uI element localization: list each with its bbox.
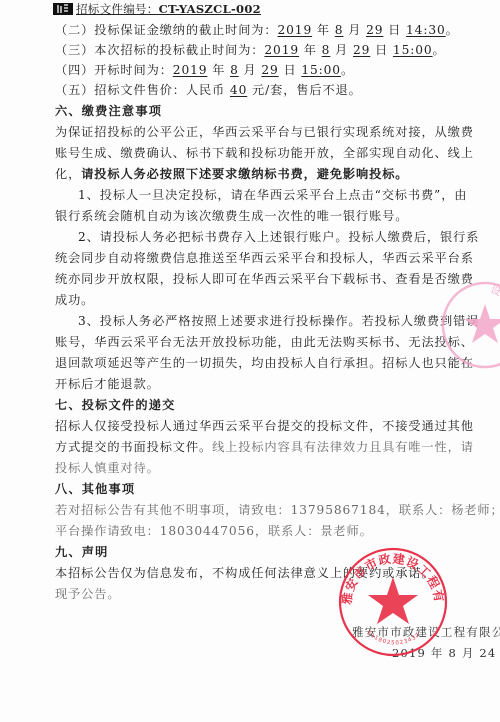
payment-step-2: 2、请投标人务必把标书费存入上述银行账户。投标人缴费后，银行系 (78, 229, 479, 245)
payment-step-3-cont: 开标后才能退款。 (55, 376, 160, 392)
payment-step-3-cont: 退回款项延迟等产生的一切损失，均由投标人自行承担。招标人也只能在 (55, 355, 474, 371)
contact-yang: 若对招标公告有其他不明事项，请致电：13795867184，联系人：杨老师； (55, 502, 500, 518)
schedule-bid-deadline: （三）本次招标的投标截止时间为：2019 年 8 月 29 日 15:00。 (55, 42, 446, 58)
svg-text:5118025023437: 5118025023437 (366, 630, 422, 646)
section-7-line: 投标人慎重对待。 (55, 460, 160, 476)
payment-step-2-cont: 统亦同步开放权限，投标人即可在华西云采平台下载标书、查看是否缴费 (55, 271, 474, 287)
section-8-title: 八、其他事项 (55, 481, 135, 497)
section-6-title: 六、缴费注意事项 (55, 103, 162, 119)
payment-step-3-cont: 账号，华西云采平台无法开放投标功能，由此无法购买标书、无法投标、 (55, 334, 474, 350)
section-6-intro-line: 为保证招投标的公平公正，华西云采平台与已银行实现系统对接，从缴费 (55, 124, 474, 140)
section-7-line: 方式提交的书面投标文件。线上投标内容具有法律效力且具有唯一性，请 (55, 439, 474, 455)
payment-step-2-cont: 统会同步自动将缴费信息推送至华西云采平台和投标人，华西云采平台系 (55, 250, 474, 266)
document-price: （五）招标文件售价：人民币 40 元/套，售后不退。 (55, 82, 362, 98)
payment-step-3: 3、投标人务必严格按照上述要求进行投标操作。若投标人缴费到错误 (78, 313, 479, 329)
payment-step-1: 1、投标人一旦决定投标，请在华西云采平台上点击“交标书费”，由 (78, 187, 467, 203)
section-6-intro-line: 化，请投标人务必按照下述要求缴纳标书费，避免影响投标。 (55, 166, 408, 182)
payment-step-1-cont: 银行系统会随机自动为该次缴费生成一次性的唯一银行账号。 (55, 208, 408, 224)
section-7-title: 七、投标文件的递交 (55, 397, 176, 413)
svg-text:设工程有限公司: 设工程有限公司 (489, 283, 500, 319)
company-logo-icon (53, 3, 73, 15)
payment-step-2-cont: 成功。 (55, 292, 94, 308)
schedule-opening-time: （四）开标时间为：2019 年 8 月 29 日 15:00。 (55, 62, 354, 78)
company-seal-stamp-icon: 雅安市市政建设工程有限公司 5118025023437 (333, 545, 453, 660)
section-7-line: 招标人仅接受投标人通过华西云采平台提交的投标文件，不接受通过其他 (55, 418, 474, 434)
announcement-closing: 现予公告。 (55, 586, 120, 602)
payment-warning: 请投标人务必按照下述要求缴纳标书费，避免影响投标。 (81, 167, 408, 181)
document-page: 招标文件编号： CT-YASZCL-002 （二）投标保证金缴纳的截止时间为：2… (0, 0, 500, 722)
section-9-title: 九、声明 (55, 544, 109, 560)
doc-number: CT-YASZCL-002 (159, 2, 261, 16)
section-6-intro-line: 账号生成、缴费确认、标书下载和投标功能开放，全部实现自动化、线上 (55, 145, 474, 161)
schedule-deposit-deadline: （二）投标保证金缴纳的截止时间为：2019 年 8 月 29 日 14:30。 (55, 22, 459, 38)
doc-number-label: 招标文件编号： (76, 1, 159, 17)
contact-jing: 平台操作请致电：18030447056，联系人：景老师。 (55, 523, 373, 539)
faded-seal-stamp-icon: 设工程有限公司 (440, 270, 500, 380)
document-header: 招标文件编号： CT-YASZCL-002 (53, 2, 261, 16)
